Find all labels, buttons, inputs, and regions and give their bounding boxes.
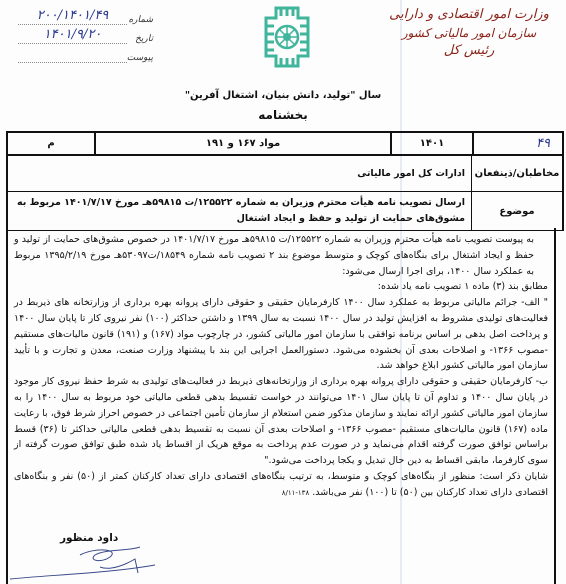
attachment-label: پیوست bbox=[127, 53, 153, 63]
signatory-name: داود منظور bbox=[60, 532, 118, 544]
clause-b: ب- کارفرمایان حقیقی و حقوقی دارای پروانه… bbox=[14, 374, 548, 469]
classification-code: م bbox=[8, 133, 94, 154]
audience-value: ادارات کل امور مالیاتی bbox=[8, 156, 471, 191]
document-type-title: بخشنامه bbox=[0, 108, 566, 122]
ministry-header: وزارت امور اقتصادی و دارایی سازمان امور … bbox=[384, 6, 554, 60]
related-articles: مواد ۱۶۷ و ۱۹۱ bbox=[94, 133, 390, 154]
circular-document: وزارت امور اقتصادی و دارایی سازمان امور … bbox=[0, 0, 566, 584]
audience-label: مخاطبان/ذینفعان bbox=[471, 156, 562, 191]
number-value: ۲۰۰/۱۴۰۱/۴۹ bbox=[18, 8, 127, 25]
number-row: شماره ۲۰۰/۱۴۰۱/۴۹ bbox=[18, 6, 153, 25]
letter-metadata: شماره ۲۰۰/۱۴۰۱/۴۹ تاریخ ۱۴۰۱/۹/۲۰ پیوست bbox=[18, 6, 153, 63]
year-motto: سال "تولید، دانش بنیان، اشتغال آفرین" bbox=[0, 90, 566, 101]
organization-name: سازمان امور مالیاتی کشور bbox=[384, 24, 554, 42]
audience-row: مخاطبان/ذینفعان ادارات کل امور مالیاتی bbox=[8, 156, 562, 192]
date-row: تاریخ ۱۴۰۱/۹/۲۰ bbox=[18, 25, 153, 44]
attachment-row: پیوست bbox=[18, 44, 153, 63]
subject-value: ارسال تصویب نامه هیأت محترم وزیران به شم… bbox=[8, 192, 471, 230]
body-intro: به پیوست تصویب نامه هیأت محترم وزیران به… bbox=[14, 232, 548, 279]
circular-year: ۱۴۰۱ bbox=[390, 133, 472, 154]
circular-number: ۴۹ bbox=[472, 133, 562, 154]
head-title: رئیس کل bbox=[384, 42, 554, 60]
subject-label: موضوع bbox=[471, 192, 562, 230]
tax-organization-logo-icon bbox=[262, 4, 312, 70]
ministry-name: وزارت امور اقتصادی و دارایی bbox=[384, 6, 554, 24]
circular-id-row: ۴۹ ۱۴۰۱ مواد ۱۶۷ و ۱۹۱ م bbox=[8, 133, 562, 156]
subject-row: موضوع ارسال تصویب نامه هیأت محترم وزیران… bbox=[8, 192, 562, 231]
circular-info-table: ۴۹ ۱۴۰۱ مواد ۱۶۷ و ۱۹۱ م مخاطبان/ذینفعان… bbox=[6, 131, 564, 231]
number-label: شماره bbox=[127, 15, 153, 25]
note-code: ۱۳۸-۸/۱۱ bbox=[282, 489, 309, 497]
attachment-value bbox=[18, 46, 127, 63]
date-label: تاریخ bbox=[127, 34, 153, 44]
date-value: ۱۴۰۱/۹/۲۰ bbox=[18, 27, 127, 44]
body-note: شایان ذکر است: منظور از بنگاه‌های کوچک و… bbox=[14, 469, 548, 502]
body-reference: مطابق بند (۳) ماده ۱ تصویب نامه یاد شده: bbox=[14, 279, 548, 295]
clause-a: " الف- جرائم مالیاتی مربوط به عملکرد سال… bbox=[14, 295, 548, 374]
circular-body: به پیوست تصویب نامه هیأت محترم وزیران به… bbox=[6, 228, 556, 584]
signature-icon bbox=[10, 545, 160, 581]
